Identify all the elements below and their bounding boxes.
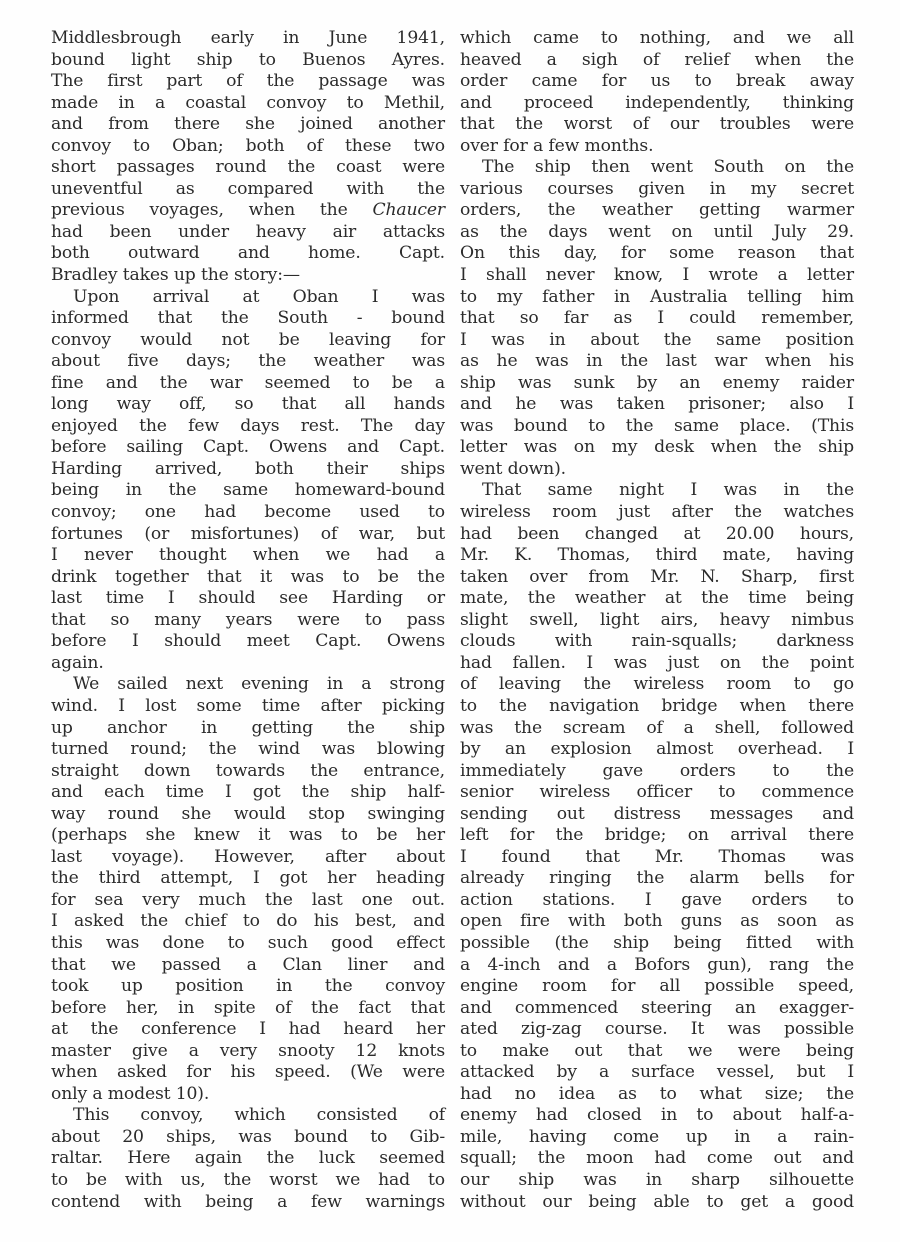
text-line: ated zig-zag course. It was possible [460, 1019, 854, 1041]
text-line: various courses given in my secret [460, 179, 854, 201]
text-line: again. [51, 653, 445, 675]
text-line: orders, the weather getting warmer [460, 200, 854, 222]
paragraph-start-line: Upon arrival at Oban I was [51, 287, 445, 309]
text-line: a 4-inch and a Bofors gun), rang the [460, 955, 854, 977]
text-line: last time I should see Harding or [51, 588, 445, 610]
text-line: went down). [460, 459, 854, 481]
text-line: at the conference I had heard her [51, 1019, 445, 1041]
document-page: Middlesbrough early in June 1941,bound l… [0, 0, 900, 1242]
paragraph-start-line: That same night I was in the [460, 480, 854, 502]
text-line: bound light ship to Buenos Ayres. [51, 50, 445, 72]
ship-name: Chaucer [372, 200, 445, 220]
text-line: up anchor in getting the ship [51, 718, 445, 740]
text-line: (perhaps she knew it was to be her [51, 825, 445, 847]
text-line: wireless room just after the watches [460, 502, 854, 524]
text-line: to the navigation bridge when there [460, 696, 854, 718]
text-line: before sailing Capt. Owens and Capt. [51, 437, 445, 459]
text-line: I asked the chief to do his best, and [51, 911, 445, 933]
text-line: letter was on my desk when the ship [460, 437, 854, 459]
text-line: drink together that it was to be the [51, 567, 445, 589]
text-line: over for a few months. [460, 136, 854, 158]
text-line: sending out distress messages and [460, 804, 854, 826]
text-line: by an explosion almost overhead. I [460, 739, 854, 761]
text-line: action stations. I gave orders to [460, 890, 854, 912]
text-line: ship was sunk by an enemy raider [460, 373, 854, 395]
text-line: turned round; the wind was blowing [51, 739, 445, 761]
text-line: informed that the South - bound [51, 308, 445, 330]
text-line: slight swell, light airs, heavy nimbus [460, 610, 854, 632]
text-line: that so many years were to pass [51, 610, 445, 632]
text-line: taken over from Mr. N. Sharp, first [460, 567, 854, 589]
text-line: Harding arrived, both their ships [51, 459, 445, 481]
text-line: and commenced steering an exagger- [460, 998, 854, 1020]
text-line: I shall never know, I wrote a letter [460, 265, 854, 287]
text-line: heaved a sigh of relief when the [460, 50, 854, 72]
text-line: only a modest 10). [51, 1084, 445, 1106]
text-line: short passages round the coast were [51, 157, 445, 179]
text-line: already ringing the alarm bells for [460, 868, 854, 890]
text-line: and from there she joined another [51, 114, 445, 136]
text-line: this was done to such good effect [51, 933, 445, 955]
text-line: to make out that we were being [460, 1041, 854, 1063]
text-line: attacked by a surface vessel, but I [460, 1062, 854, 1084]
text-line: before her, in spite of the fact that [51, 998, 445, 1020]
text-line: way round she would stop swinging [51, 804, 445, 826]
text-line: convoy to Oban; both of these two [51, 136, 445, 158]
text-line: engine room for all possible speed, [460, 976, 854, 998]
text-line: clouds with rain-squalls; darkness [460, 631, 854, 653]
text-line: I was in about the same position [460, 330, 854, 352]
text-line: of leaving the wireless room to go [460, 674, 854, 696]
text-line: as the days went on until July 29. [460, 222, 854, 244]
text-line: master give a very snooty 12 knots [51, 1041, 445, 1063]
text-line: as he was in the last war when his [460, 351, 854, 373]
text-line: had been under heavy air attacks [51, 222, 445, 244]
text-line: immediately gave orders to the [460, 761, 854, 783]
text-line: had no idea as to what size; the [460, 1084, 854, 1106]
text-line: mile, having come up in a rain- [460, 1127, 854, 1149]
text-line: which came to nothing, and we all [460, 28, 854, 50]
text-line: both outward and home. Capt. [51, 243, 445, 265]
text-line: to be with us, the worst we had to [51, 1170, 445, 1192]
text-line: and he was taken prisoner; also I [460, 394, 854, 416]
text-line: without our being able to get a good [460, 1192, 854, 1214]
text-line: convoy; one had become used to [51, 502, 445, 524]
text-line: took up position in the convoy [51, 976, 445, 998]
text-line: to my father in Australia telling him [460, 287, 854, 309]
text-line: previous voyages, when the Chaucer [51, 200, 445, 222]
paragraph-start-line: We sailed next evening in a strong [51, 674, 445, 696]
text-line: about five days; the weather was [51, 351, 445, 373]
text-line: senior wireless officer to commence [460, 782, 854, 804]
text-line: for sea very much the last one out. [51, 890, 445, 912]
text-line: convoy would not be leaving for [51, 330, 445, 352]
text-line: was bound to the same place. (This [460, 416, 854, 438]
text-line: order came for us to break away [460, 71, 854, 93]
text-line: the third attempt, I got her heading [51, 868, 445, 890]
text-line: left for the bridge; on arrival there [460, 825, 854, 847]
text-line: On this day, for some reason that [460, 243, 854, 265]
text-line: enjoyed the few days rest. The day [51, 416, 445, 438]
text-line: long way off, so that all hands [51, 394, 445, 416]
text-column-left: Middlesbrough early in June 1941,bound l… [51, 28, 445, 1213]
text-line: fortunes (or misfortunes) of war, but [51, 524, 445, 546]
text-line: I never thought when we had a [51, 545, 445, 567]
text-line: possible (the ship being fitted with [460, 933, 854, 955]
text-line: squall; the moon had come out and [460, 1148, 854, 1170]
text-line: had been changed at 20.00 hours, [460, 524, 854, 546]
text-line: fine and the war seemed to be a [51, 373, 445, 395]
text-line: made in a coastal convoy to Methil, [51, 93, 445, 115]
text-line: wind. I lost some time after picking [51, 696, 445, 718]
text-line: about 20 ships, was bound to Gib- [51, 1127, 445, 1149]
text-line: had fallen. I was just on the point [460, 653, 854, 675]
text-line: open fire with both guns as soon as [460, 911, 854, 933]
text-line: The first part of the passage was [51, 71, 445, 93]
text-line: raltar. Here again the luck seemed [51, 1148, 445, 1170]
paragraph-start-line: The ship then went South on the [460, 157, 854, 179]
text-line: that so far as I could remember, [460, 308, 854, 330]
text-line: Middlesbrough early in June 1941, [51, 28, 445, 50]
text-line: last voyage). However, after about [51, 847, 445, 869]
text-line: contend with being a few warnings [51, 1192, 445, 1214]
text-line: I found that Mr. Thomas was [460, 847, 854, 869]
text-column-right: which came to nothing, and we allheaved … [460, 28, 854, 1213]
text-line: enemy had closed in to about half-a- [460, 1105, 854, 1127]
text-line: uneventful as compared with the [51, 179, 445, 201]
text-line: Bradley takes up the story:— [51, 265, 445, 287]
paragraph-start-line: This convoy, which consisted of [51, 1105, 445, 1127]
text-line: and proceed independently, thinking [460, 93, 854, 115]
text-line: that the worst of our troubles were [460, 114, 854, 136]
text-line: was the scream of a shell, followed [460, 718, 854, 740]
text-line: mate, the weather at the time being [460, 588, 854, 610]
text-line: Mr. K. Thomas, third mate, having [460, 545, 854, 567]
text-line: being in the same homeward-bound [51, 480, 445, 502]
text-line: before I should meet Capt. Owens [51, 631, 445, 653]
text-line: straight down towards the entrance, [51, 761, 445, 783]
text-line: that we passed a Clan liner and [51, 955, 445, 977]
text-line: when asked for his speed. (We were [51, 1062, 445, 1084]
text-line: and each time I got the ship half- [51, 782, 445, 804]
text-line: our ship was in sharp silhouette [460, 1170, 854, 1192]
